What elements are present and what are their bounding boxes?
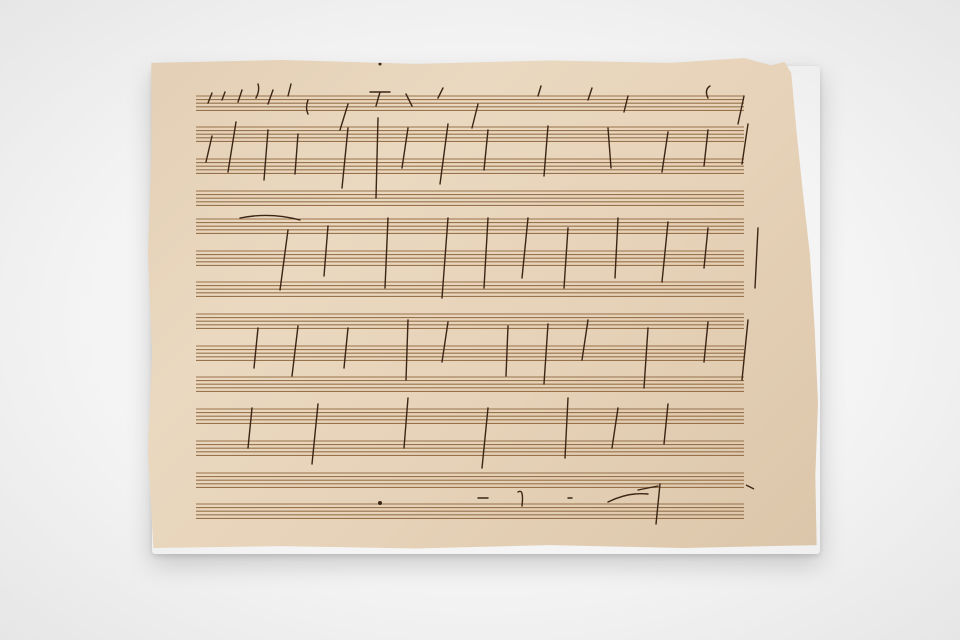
music-staff (196, 158, 744, 176)
music-staff (196, 126, 744, 144)
music-staff (196, 408, 744, 426)
music-staff (196, 218, 744, 236)
music-staff (196, 345, 744, 363)
music-staff (196, 376, 744, 394)
music-staff (196, 250, 744, 268)
music-staff (196, 190, 744, 208)
music-staff (196, 503, 744, 521)
music-staff (196, 440, 744, 458)
music-staff (196, 281, 744, 299)
music-staff (196, 95, 744, 113)
music-staff (196, 472, 744, 490)
music-staff (196, 313, 744, 331)
manuscript-page (148, 58, 818, 550)
